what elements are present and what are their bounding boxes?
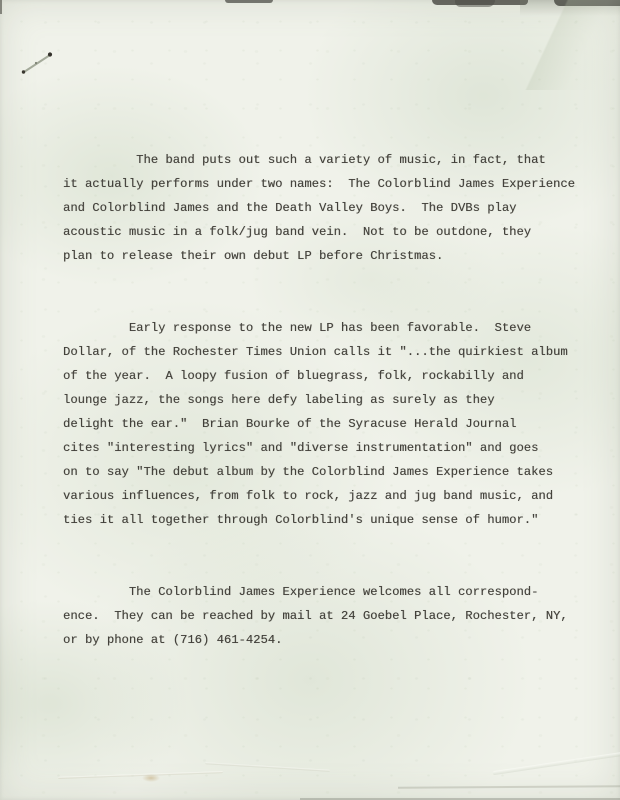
- paper-crease: [58, 771, 223, 779]
- paragraph-contact-info: The Colorblind James Experience welcomes…: [63, 580, 603, 652]
- scan-edge-artifact: [554, 0, 620, 6]
- scan-edge-artifact: [0, 0, 2, 14]
- paper-crease: [205, 762, 330, 772]
- paragraph-band-names: The band puts out such a variety of musi…: [63, 148, 603, 268]
- scan-edge-shading: [520, 0, 620, 16]
- paper-crease: [493, 749, 620, 775]
- paragraph-press-quotes: Early response to the new LP has been fa…: [63, 316, 603, 532]
- corner-fold: [450, 0, 620, 90]
- paper-smudge: [142, 774, 160, 782]
- scan-edge-artifact: [225, 0, 273, 3]
- typewritten-text: The band puts out such a variety of musi…: [63, 100, 603, 700]
- scan-edge-artifact: [432, 0, 528, 5]
- scanned-document-page: The band puts out such a variety of musi…: [0, 0, 620, 800]
- scan-edge-artifact: [455, 0, 495, 7]
- staple-mark: [18, 48, 58, 78]
- paper-crease: [398, 785, 620, 788]
